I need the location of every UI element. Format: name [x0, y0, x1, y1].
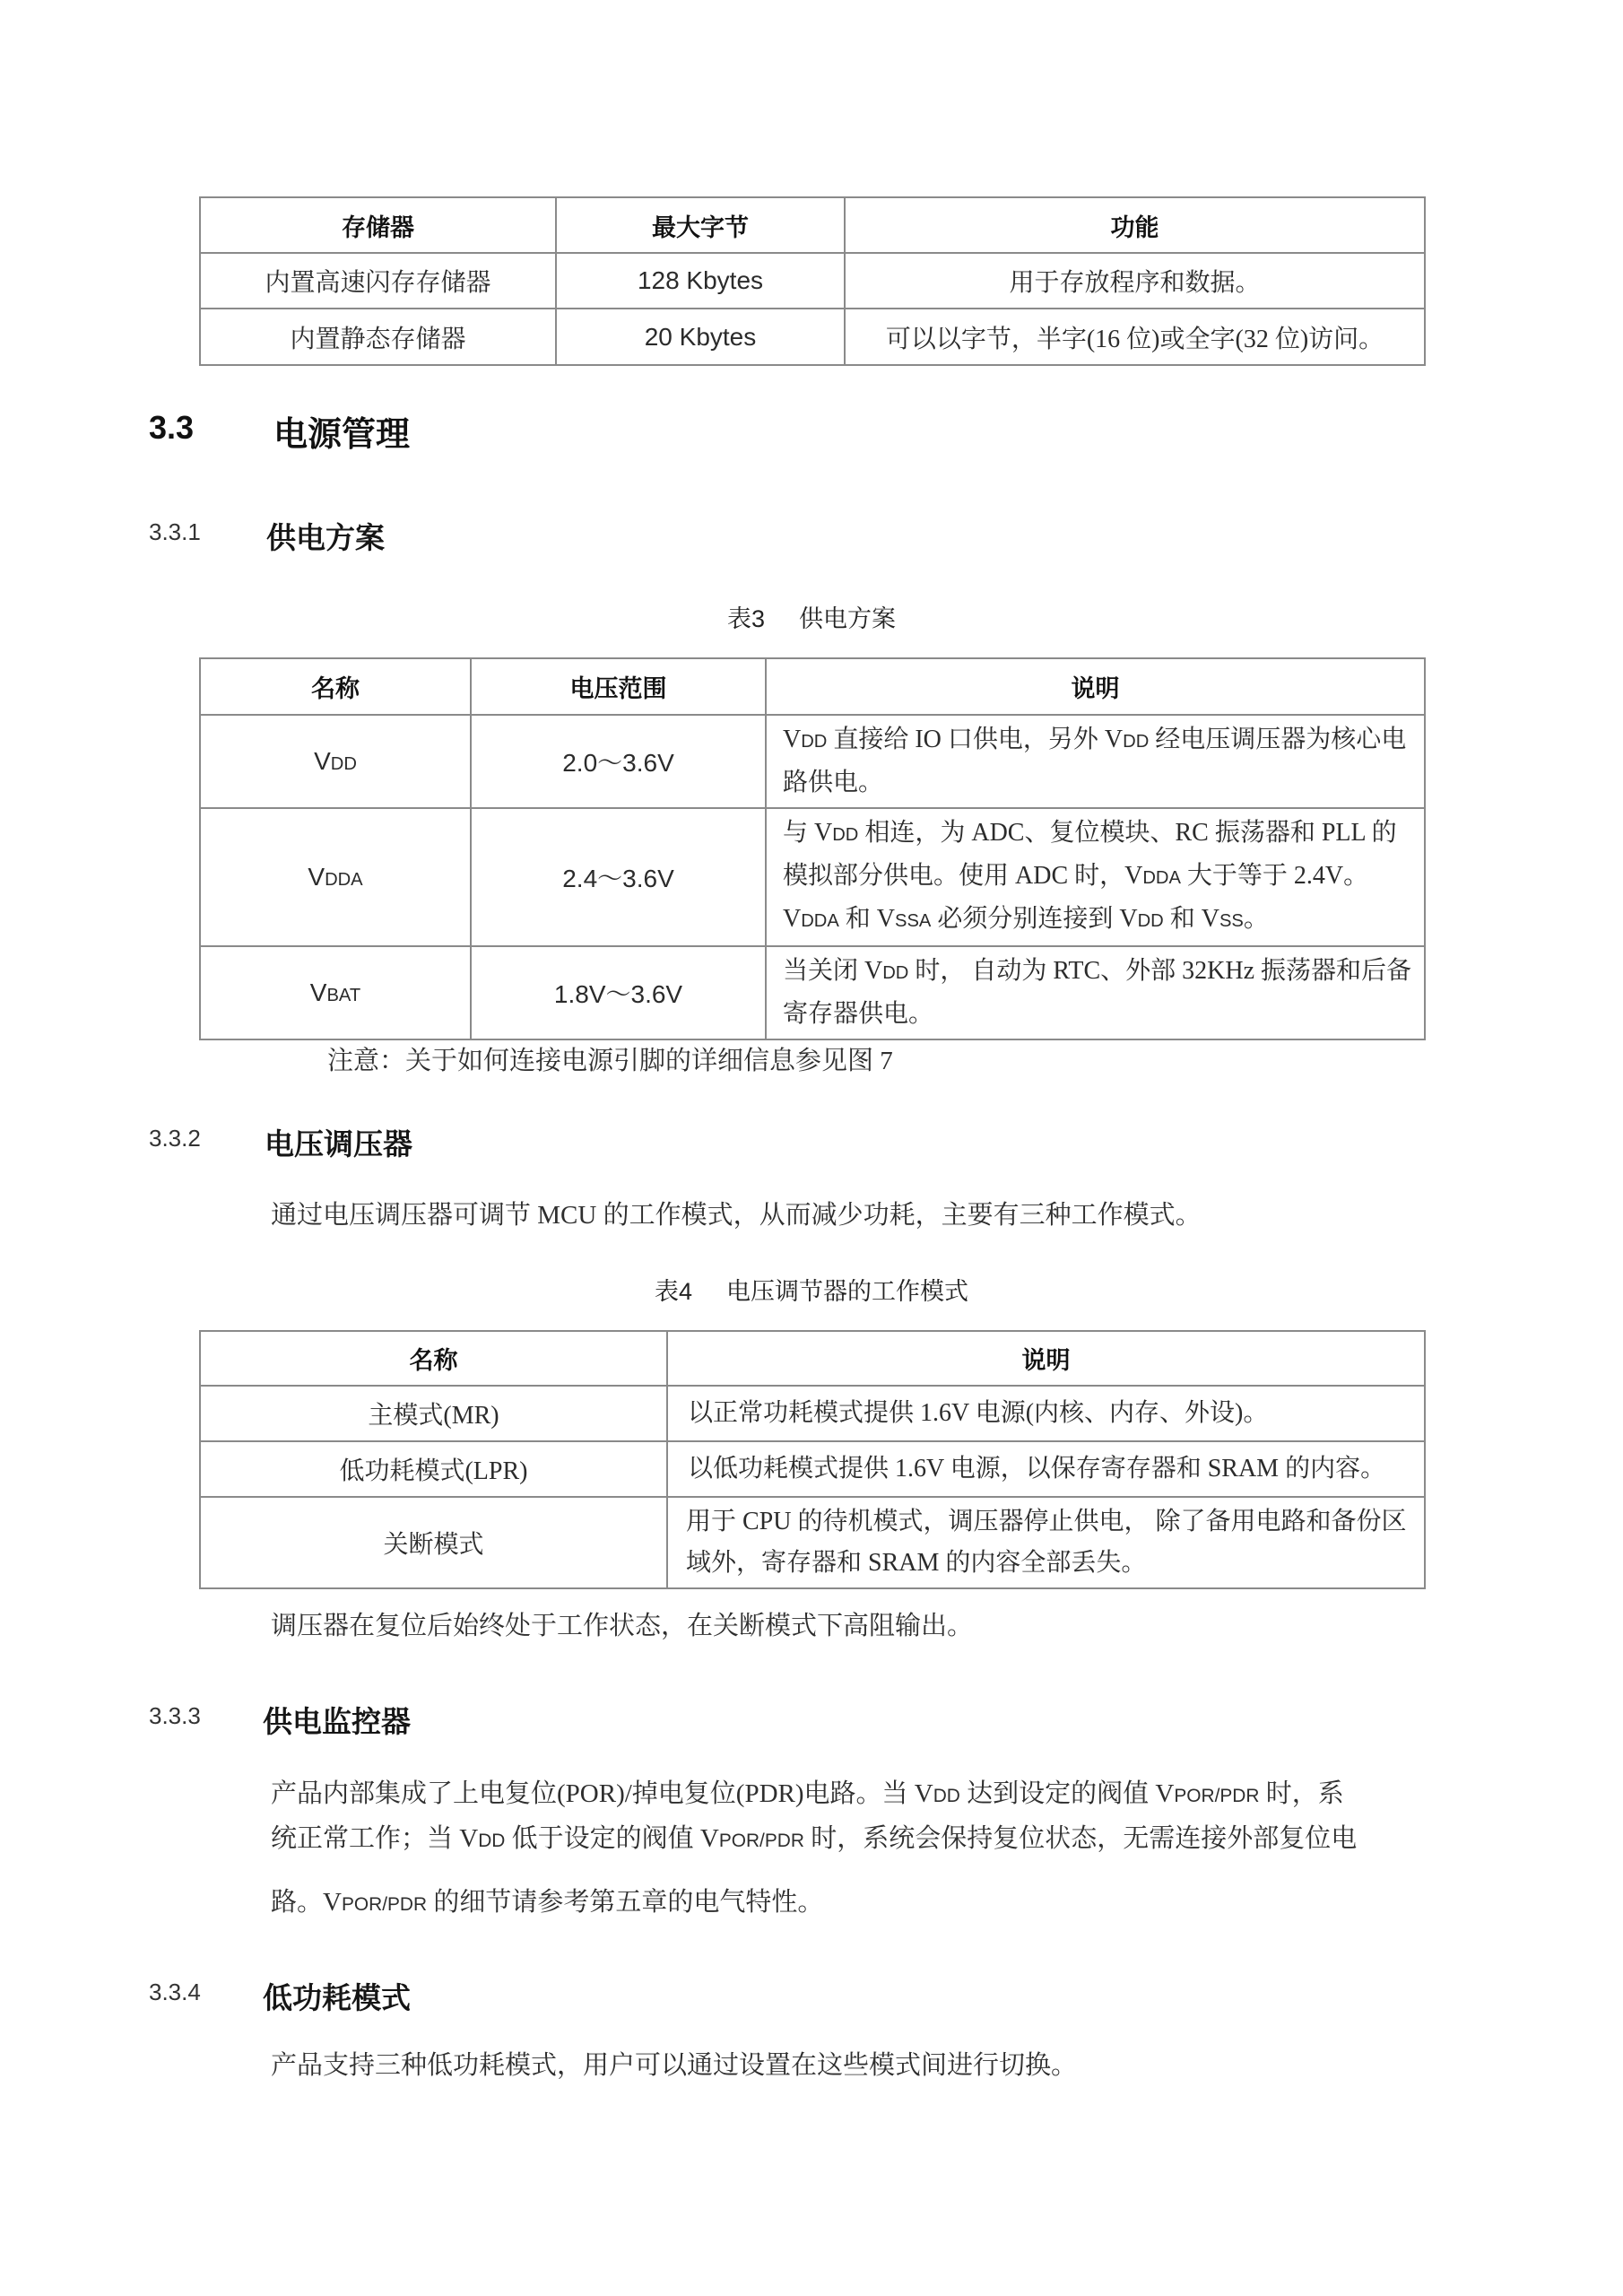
subscript: DD	[832, 825, 858, 845]
cell-name: 低功耗模式(LPR)	[200, 1441, 667, 1497]
cell-description: 当关闭 VDD 时， 自动为 RTC、外部 32KHz 振荡器和后备寄存器供电。	[766, 946, 1425, 1039]
table-row: 低功耗模式(LPR) 以低功耗模式提供 1.6V 电源，以保存寄存器和 SRAM…	[200, 1441, 1425, 1497]
subscript: DDA	[801, 911, 839, 931]
subscript: DD	[1123, 732, 1149, 752]
cell-description: 以低功耗模式提供 1.6V 电源，以保存寄存器和 SRAM 的内容。	[667, 1441, 1425, 1497]
table-note: 注意：关于如何连接电源引脚的详细信息参见图 7	[327, 1040, 893, 1077]
subscript: DDA	[1142, 868, 1181, 888]
cell-name: 内置静态存储器	[200, 309, 556, 365]
cell-name: VDDA	[200, 808, 471, 946]
symbol-main: V	[308, 863, 325, 891]
section-heading-3-3-3: 3.3.3 供电监控器	[149, 1699, 508, 1732]
section-heading-3-3-4: 3.3.4 低功耗模式	[149, 1975, 508, 2008]
symbol-sub: BAT	[326, 986, 360, 1005]
caption-title: 供电方案	[799, 605, 896, 632]
section-heading-3-3-2: 3.3.2 电压调压器	[149, 1121, 508, 1154]
cell-function: 用于存放程序和数据。	[845, 253, 1425, 309]
subscript: DD	[801, 732, 827, 752]
caption-title: 电压调节器的工作模式	[726, 1278, 968, 1305]
subscript: DD	[882, 963, 908, 983]
header-max-bytes: 最大字节	[556, 197, 845, 253]
cell-range: 1.8V～3.6V	[471, 946, 766, 1039]
paragraph-line: 统正常工作；当 VDD 低于设定的阀值 VPOR/PDR 时，系统会保持复位状态…	[271, 1818, 1357, 1855]
section-number: 3.3.4	[149, 1979, 201, 2005]
section-heading-3-3: 3.3 电源管理	[149, 408, 194, 448]
power-supply-table: 名称 电压范围 说明 VDD 2.0～3.6V VDD 直接给 IO 口供电，另…	[199, 657, 1426, 1040]
section-number: 3.3.3	[149, 1702, 201, 1729]
symbol-main: V	[310, 978, 327, 1006]
header-description: 说明	[667, 1331, 1425, 1386]
section-title: 供电方案	[266, 515, 385, 557]
symbol-sub: DD	[331, 754, 357, 774]
caption-label: 表3	[727, 605, 765, 632]
cell-size: 20 Kbytes	[556, 309, 845, 365]
header-name: 名称	[200, 658, 471, 715]
cell-description: 用于 CPU 的待机模式，调压器停止供电， 除了备用电路和备份区域外，寄存器和 …	[667, 1497, 1425, 1588]
table-row: 内置静态存储器 20 Kbytes 可以以字节，半字(16 位)或全字(32 位…	[200, 309, 1425, 365]
subscript: SSA	[895, 911, 931, 931]
cell-name: 关断模式	[200, 1497, 667, 1588]
subscript: POR/PDR	[1174, 1786, 1259, 1806]
header-description: 说明	[766, 658, 1425, 715]
paragraph-line: 路。VPOR/PDR 的细节请参考第五章的电气特性。	[271, 1882, 823, 1918]
memory-table: 存储器 最大字节 功能 内置高速闪存存储器 128 Kbytes 用于存放程序和…	[199, 196, 1426, 366]
section-heading-3-3-1: 3.3.1 供电方案	[149, 515, 508, 548]
cell-range: 2.4～3.6V	[471, 808, 766, 946]
subscript: POR/PDR	[719, 1831, 804, 1851]
symbol-main: V	[314, 747, 331, 775]
subscript: POR/PDR	[342, 1894, 427, 1915]
table-row: VBAT 1.8V～3.6V 当关闭 VDD 时， 自动为 RTC、外部 32K…	[200, 946, 1425, 1039]
section-number: 3.3.2	[149, 1125, 201, 1152]
table-row: VDDA 2.4～3.6V 与 VDD 相连，为 ADC、复位模块、RC 振荡器…	[200, 808, 1425, 946]
table-row: 关断模式 用于 CPU 的待机模式，调压器停止供电， 除了备用电路和备份区域外，…	[200, 1497, 1425, 1588]
table-row: 主模式(MR) 以正常功耗模式提供 1.6V 电源(内核、内存、外设)。	[200, 1386, 1425, 1441]
header-voltage-range: 电压范围	[471, 658, 766, 715]
subscript: SS	[1219, 911, 1244, 931]
header-function: 功能	[845, 197, 1425, 253]
caption-label: 表4	[655, 1278, 692, 1305]
paragraph: 调压器在复位后始终处于工作状态，在关断模式下高阻输出。	[271, 1605, 973, 1642]
cell-description: 与 VDD 相连，为 ADC、复位模块、RC 振荡器和 PLL 的模拟部分供电。…	[766, 808, 1425, 946]
section-number: 3.3.1	[149, 518, 201, 545]
symbol-sub: DDA	[325, 870, 363, 890]
table-row: 内置高速闪存存储器 128 Kbytes 用于存放程序和数据。	[200, 253, 1425, 309]
section-number: 3.3	[149, 409, 194, 446]
regulator-modes-table: 名称 说明 主模式(MR) 以正常功耗模式提供 1.6V 电源(内核、内存、外设…	[199, 1330, 1426, 1589]
cell-size: 128 Kbytes	[556, 253, 845, 309]
cell-name: 内置高速闪存存储器	[200, 253, 556, 309]
section-title: 电源管理	[273, 406, 410, 456]
header-name: 名称	[200, 1331, 667, 1386]
section-title: 供电监控器	[263, 1699, 411, 1741]
cell-name: VDD	[200, 715, 471, 808]
table-caption: 表4电压调节器的工作模式	[199, 1272, 1424, 1307]
header-memory: 存储器	[200, 197, 556, 253]
cell-function: 可以以字节，半字(16 位)或全字(32 位)访问。	[845, 309, 1425, 365]
cell-name: VBAT	[200, 946, 471, 1039]
subscript: DD	[933, 1786, 960, 1806]
section-title: 低功耗模式	[263, 1975, 411, 2017]
cell-range: 2.0～3.6V	[471, 715, 766, 808]
subscript: DD	[1138, 911, 1164, 931]
cell-description: 以正常功耗模式提供 1.6V 电源(内核、内存、外设)。	[667, 1386, 1425, 1441]
paragraph: 通过电压调压器可调节 MCU 的工作模式，从而减少功耗，主要有三种工作模式。	[271, 1195, 1202, 1231]
paragraph-line: 产品内部集成了上电复位(POR)/掉电复位(PDR)电路。当 VDD 达到设定的…	[271, 1773, 1344, 1810]
table-row: VDD 2.0～3.6V VDD 直接给 IO 口供电，另外 VDD 经电压调压…	[200, 715, 1425, 808]
subscript: DD	[478, 1831, 505, 1851]
section-title: 电压调压器	[265, 1121, 412, 1163]
paragraph: 产品支持三种低功耗模式，用户可以通过设置在这些模式间进行切换。	[271, 2045, 1077, 2082]
cell-name: 主模式(MR)	[200, 1386, 667, 1441]
table-caption: 表3供电方案	[199, 599, 1424, 634]
cell-description: VDD 直接给 IO 口供电，另外 VDD 经电压调压器为核心电路供电。	[766, 715, 1425, 808]
